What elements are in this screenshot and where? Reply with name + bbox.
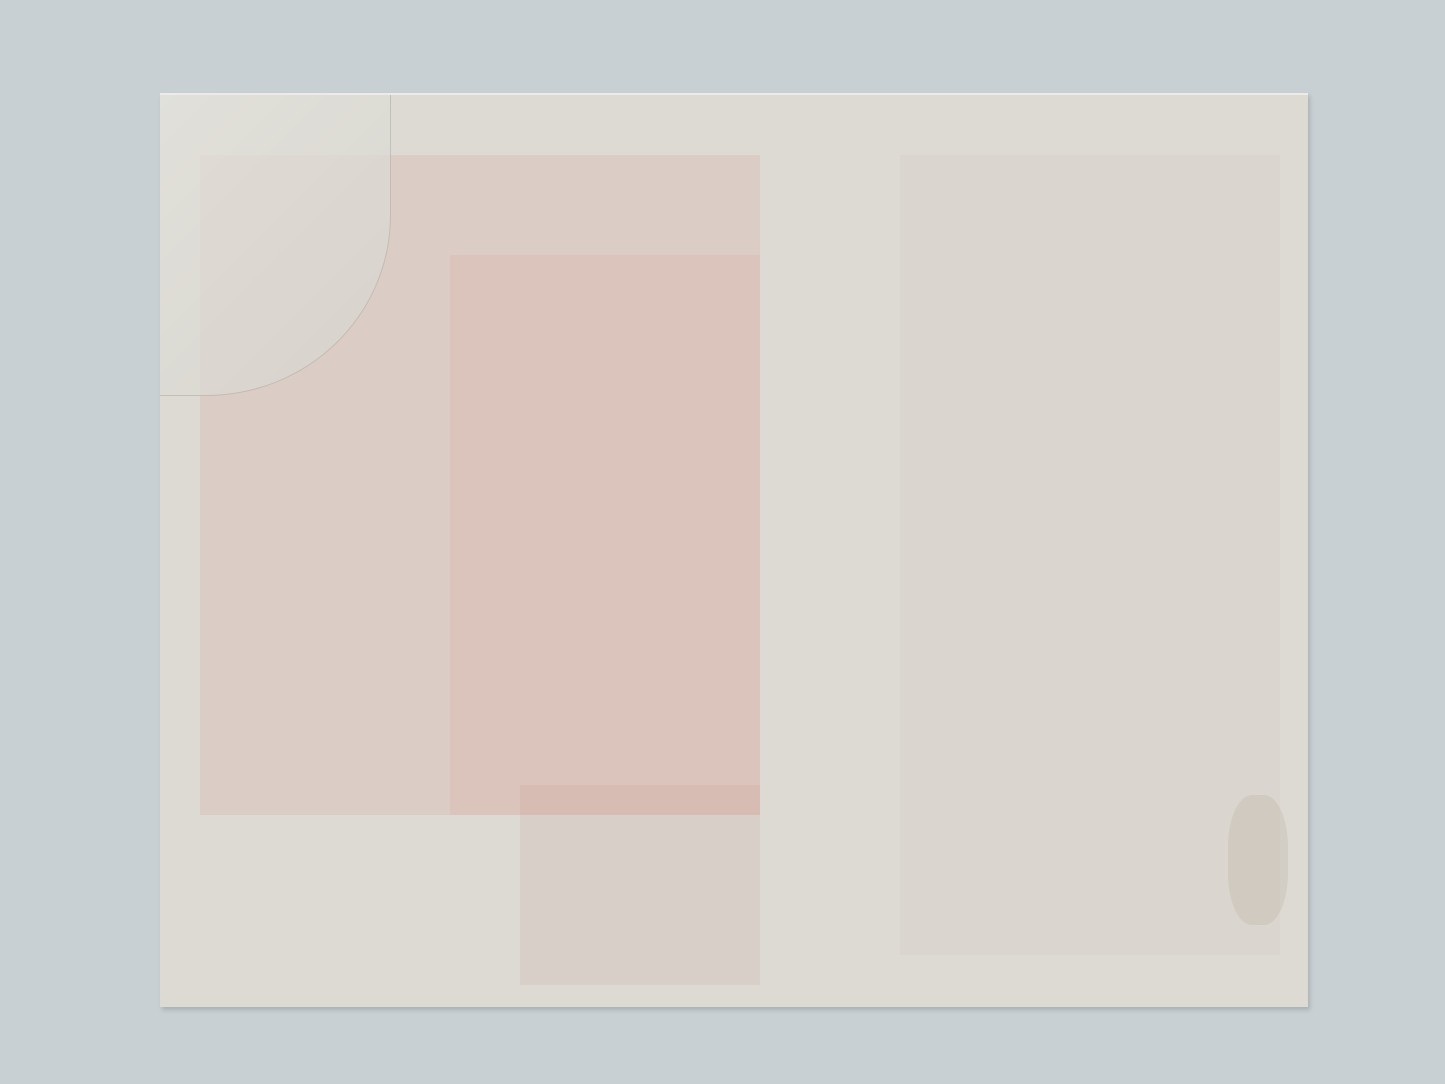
stain [1228,795,1288,925]
paper-card [160,93,1308,1007]
ink-bleed-bottom [520,785,760,985]
ink-bleed-right [900,155,1280,955]
ink-bleed-center [450,255,760,815]
